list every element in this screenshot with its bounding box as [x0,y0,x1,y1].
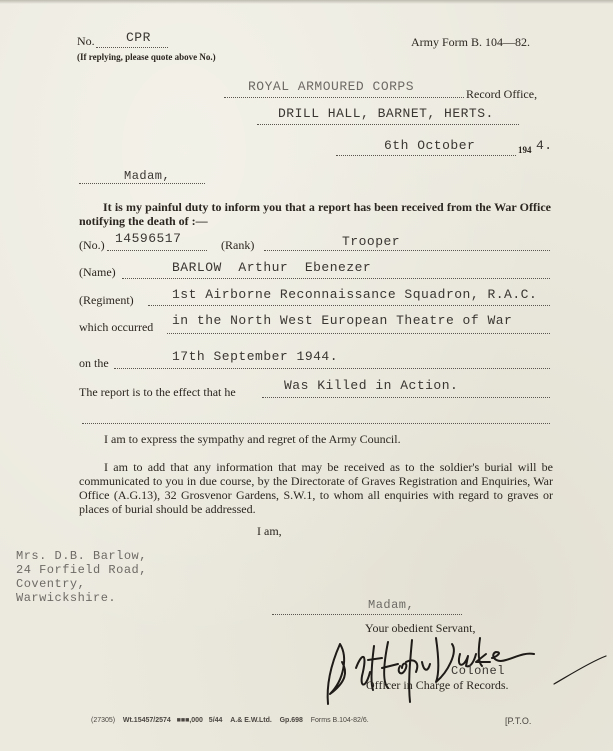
rank-value: Trooper [342,234,400,249]
document-page: No. CPR (If replying, please quote above… [0,0,613,751]
reference-number-label: No. [77,34,95,49]
footer-group: Gp.698 [280,717,303,724]
footer-weight: Wt.15457/2574 [123,717,171,724]
reference-number-value: CPR [126,30,151,45]
recipient-line: Mrs. D.B. Barlow, [16,549,147,563]
reference-number-line [96,47,168,48]
death-date-line [114,368,550,369]
footer-forms: Forms B.104-82/6. [311,717,369,724]
intro-paragraph: It is my painful duty to inform you that… [79,200,551,228]
effect-value: Was Killed in Action. [284,378,458,393]
office-address-value: DRILL HALL, BARNET, HERTS. [278,106,494,121]
recipient-line: 24 Forfield Road, [16,563,147,577]
signatory-rank: Colonel [451,664,505,678]
service-number-label: (No.) [79,238,105,253]
regiment-line [148,305,550,306]
burial-paragraph: I am to add that any information that ma… [79,460,553,516]
service-number-line [107,250,207,251]
name-line [122,278,550,279]
blank-line [82,423,550,424]
paper-edge [0,0,613,4]
closing-madam: Madam, [368,598,414,612]
letter-date-line [336,155,516,156]
footer-quantity: ■■■,000 [177,717,203,724]
soldier-name-value: BARLOW Arthur Ebenezer [172,260,371,275]
rank-label: (Rank) [221,238,254,253]
recipient-address: Mrs. D.B. Barlow, 24 Forfield Road, Cove… [16,549,147,605]
occurred-label: which occurred [79,320,153,335]
letter-year-suffix: 4. [536,138,553,153]
letter-date-value: 6th October [384,138,475,153]
death-date-value: 17th September 1944. [172,349,338,364]
recipient-line: Coventry, [16,577,147,591]
service-number-value: 14596517 [115,231,181,246]
salutation: Madam, [124,169,170,183]
reply-note: (If replying, please quote above No.) [77,52,216,62]
death-date-label: on the [79,356,109,371]
please-turn-over: [P.T.O. [505,716,531,726]
print-footer: (27305) Wt.15457/2574 ■■■,000 5/44 A.& E… [91,717,369,724]
name-label: (Name) [79,265,116,280]
occurred-value: in the North West European Theatre of Wa… [172,313,512,328]
footer-print-code: (27305) [91,717,115,724]
rank-line [264,250,550,251]
office-address-line [257,124,519,125]
closing-i-am: I am, [257,524,282,539]
record-office-value: ROYAL ARMOURED CORPS [248,79,414,94]
letter-year-prefix: 194 [518,145,532,155]
occurred-line [167,333,550,334]
recipient-line: Warwickshire. [16,591,147,605]
signatory-title: Officer in Charge of Records. [366,678,509,693]
regiment-label: (Regiment) [79,293,134,308]
effect-line [262,397,550,398]
record-office-line [224,97,464,98]
closing-madam-line [272,614,462,615]
sympathy-text: I am to express the sympathy and regret … [104,432,554,446]
salutation-line [79,183,205,184]
effect-label: The report is to the effect that he [79,385,236,400]
regiment-value: 1st Airborne Reconnaissance Squadron, R.… [172,287,537,302]
form-id: Army Form B. 104—82. [411,35,530,50]
record-office-label: Record Office, [466,87,537,102]
footer-date: 5/44 [209,717,223,724]
footer-printer: A.& E.W.Ltd. [230,717,272,724]
